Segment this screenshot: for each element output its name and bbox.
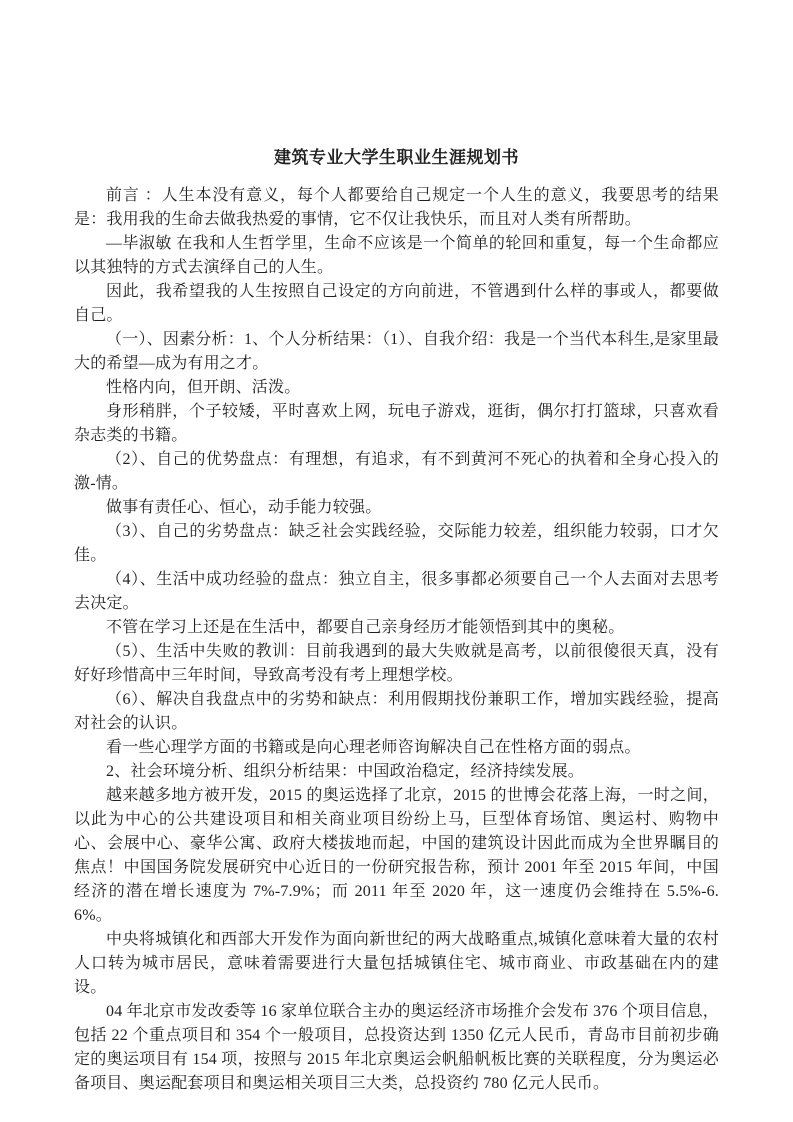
paragraph-development-outlook: 越来越多地方被开发，2015 的奥运选择了北京，2015 的世博会花落上海，一时… [74, 784, 719, 928]
paragraph-urbanization: 中央将城镇化和西部大开发作为面向新世纪的两大战略重点,城镇化意味着大量的农村人口… [74, 928, 719, 1000]
paragraph-strengths: （2）、自己的优势盘点：有理想，有追求，有不到黄河不死心的执着和全身心投入的激-… [74, 448, 719, 496]
paragraph-weaknesses: （3）、自己的劣势盘点：缺乏社会实践经验，交际能力较差，组织能力较弱，口才欠佳。 [74, 520, 719, 568]
paragraph-factor-analysis-intro: （一）、因素分析：1、个人分析结果：（1）、自我介绍：我是一个当代本科生,是家里… [74, 328, 719, 376]
paragraph-appearance-hobbies: 身形稍胖，个子较矮，平时喜欢上网，玩电子游戏，逛街，偶尔打打篮球，只喜欢看杂志类… [74, 400, 719, 448]
paragraph-failure-lessons: （5）、生活中失败的教训：目前我遇到的最大失败就是高考，以前很傻很天真，没有好好… [74, 640, 719, 688]
paragraph-success-experience: （4）、生活中成功经验的盘点：独立自主，很多事都必须要自己一个人去面对去思考去决… [74, 568, 719, 616]
document-title: 建筑专业大学生职业生涯规划书 [74, 146, 719, 170]
paragraph-resolution: 因此，我希望我的人生按照自己设定的方向前进，不管遇到什么样的事或人，都要做自己。 [74, 280, 719, 328]
paragraph-personality: 性格内向，但开朗、活泼。 [74, 376, 719, 400]
paragraph-preface: 前言 ：人生本没有意义，每个人都要给自己规定一个人生的意义，我要思考的结果是：我… [74, 184, 719, 232]
paragraph-quote-author: —毕淑敏 在我和人生哲学里，生命不应该是一个简单的轮回和重复，每一个生命都应以其… [74, 232, 719, 280]
paragraph-responsibility: 做事有责任心、恒心，动手能力较强。 [74, 496, 719, 520]
document-page: 建筑专业大学生职业生涯规划书 前言 ：人生本没有意义，每个人都要给自己规定一个人… [0, 0, 793, 1122]
paragraph-psychology-books: 看一些心理学方面的书籍或是向心理老师咨询解决自己在性格方面的弱点。 [74, 736, 719, 760]
paragraph-improvement-plan: （6）、解决自我盘点中的劣势和缺点：利用假期找份兼职工作，增加实践经验，提高对社… [74, 688, 719, 736]
paragraph-social-environment: 2、社会环境分析、组织分析结果：中国政治稳定，经济持续发展。 [74, 760, 719, 784]
paragraph-life-insight: 不管在学习上还是在生活中，都要自己亲身经历才能领悟到其中的奥秘。 [74, 616, 719, 640]
paragraph-olympic-projects: 04 年北京市发改委等 16 家单位联合主办的奥运经济市场推介会发布 376 个… [74, 1000, 719, 1096]
